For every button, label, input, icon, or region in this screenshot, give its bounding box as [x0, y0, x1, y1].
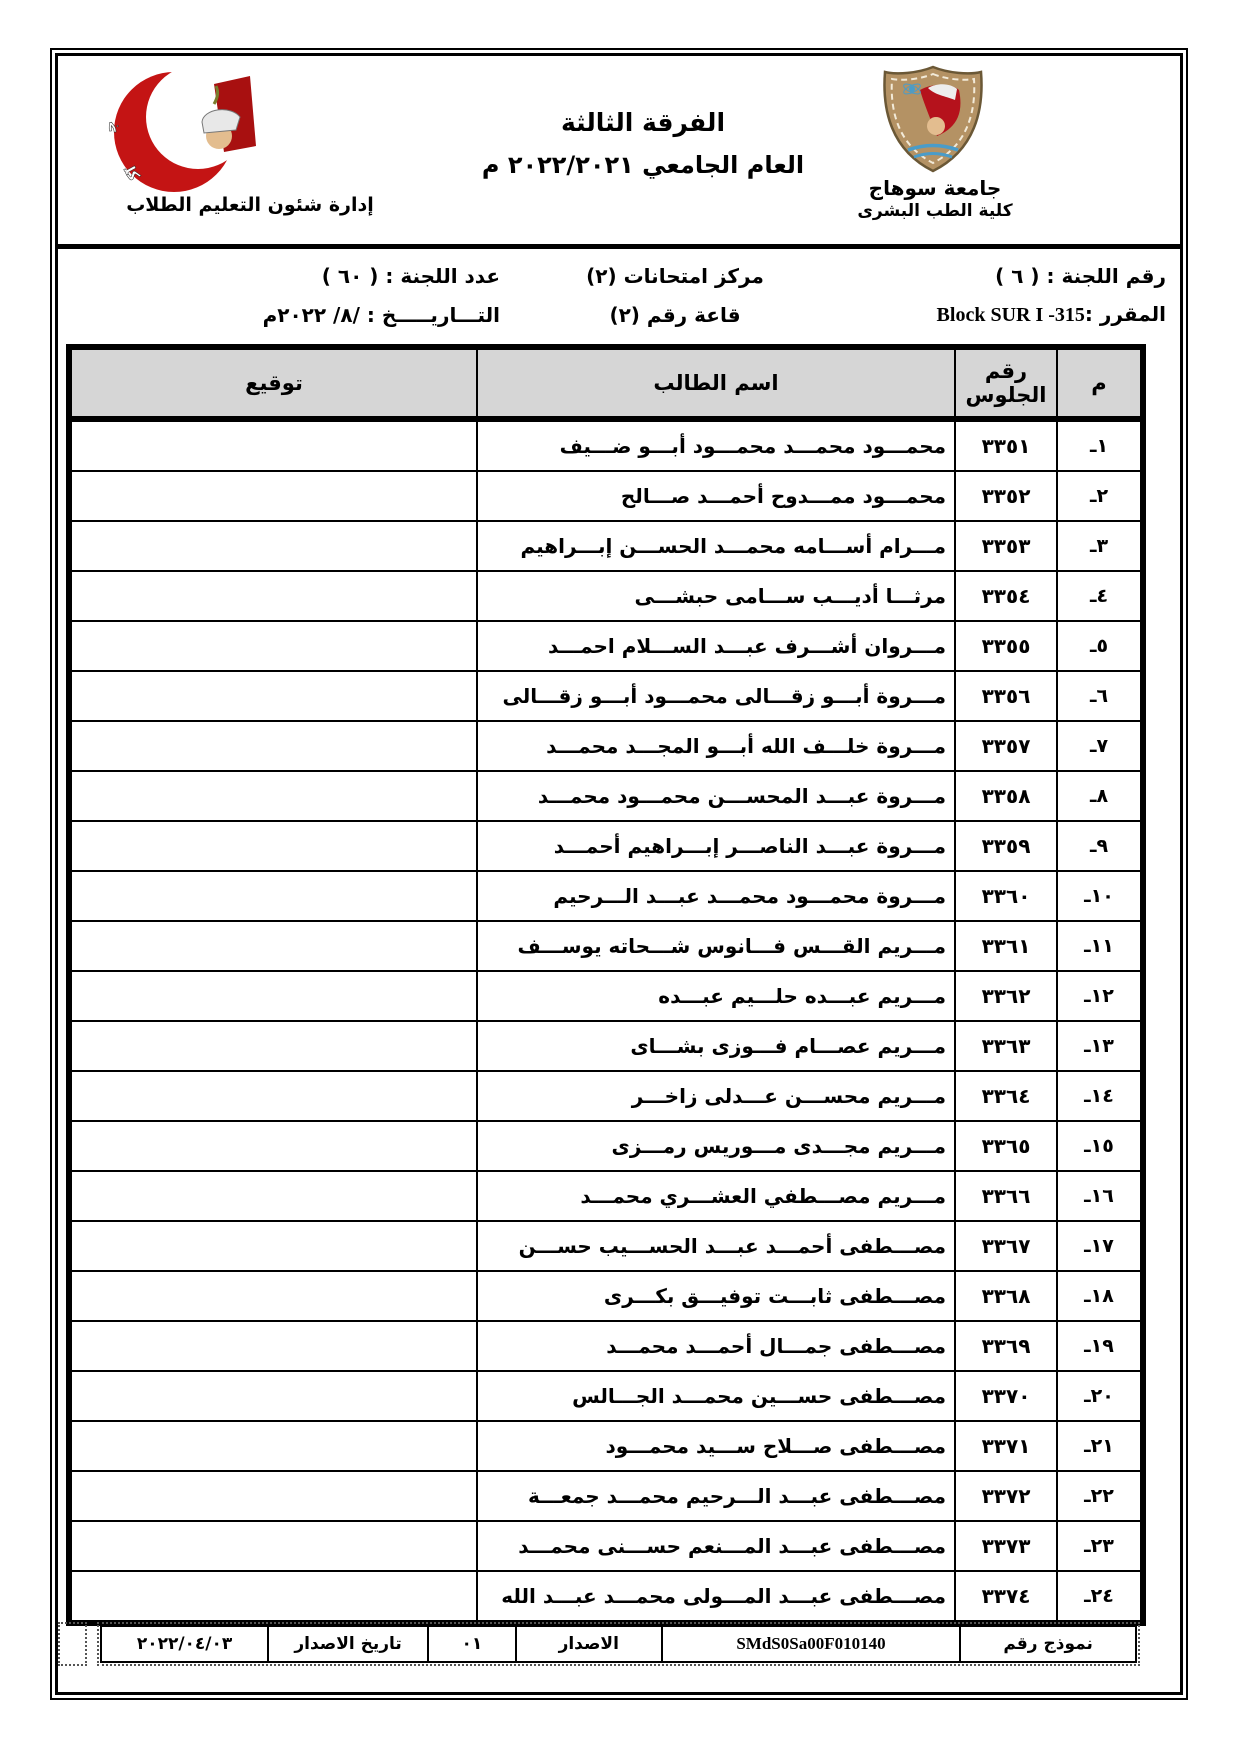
col-header-seat-number: رقم الجلوس [955, 347, 1057, 419]
serial-cell: ٧ـ [1057, 721, 1143, 771]
faculty-name: كلية الطب البشرى [820, 201, 1050, 222]
seat-number-cell: ٣٣٥٨ [955, 771, 1057, 821]
table-row: ٥ـ ٣٣٥٥ مـــروان أشـــرف عبـــد الســـلا… [69, 621, 1143, 671]
seat-number-cell: ٣٣٦٢ [955, 971, 1057, 1021]
page-content: جامعة سوهاج كلية الطب إدارة شئون التعليم… [55, 53, 1183, 1695]
serial-cell: ٢١ـ [1057, 1421, 1143, 1471]
signature-cell [69, 419, 477, 471]
serial-cell: ١٣ـ [1057, 1021, 1143, 1071]
seat-number-cell: ٣٣٦٧ [955, 1221, 1057, 1271]
footer-empty-box [58, 1622, 87, 1666]
signature-cell [69, 1021, 477, 1071]
signature-cell [69, 1471, 477, 1521]
serial-cell: ١٩ـ [1057, 1321, 1143, 1371]
table-row: ٨ـ ٣٣٥٨ مـــروة عبـــد المحســـن محمـــو… [69, 771, 1143, 821]
table-row: ٢٣ـ ٣٣٧٣ مصـــطفى عبـــد المـــنعم حســـ… [69, 1521, 1143, 1571]
page-title: الفرقة الثالثة العام الجامعي ٢٠٢٢/٢٠٢١ م [368, 108, 918, 179]
signature-cell [69, 1321, 477, 1371]
hall-number: قاعة رقم (٢) [500, 303, 850, 327]
signature-cell [69, 571, 477, 621]
seat-number-cell: ٣٣٦٣ [955, 1021, 1057, 1071]
student-name-cell: مـــروة محمـــود محمـــد عبـــد الـــرحي… [477, 871, 955, 921]
seat-number-cell: ٣٣٥١ [955, 419, 1057, 471]
seat-number-cell: ٣٣٦٤ [955, 1071, 1057, 1121]
exam-date-value: /٨/ ٢٠٢٢م [263, 303, 360, 327]
exam-date-label: التـــاريـــــخ : [367, 303, 500, 327]
student-name-cell: مرثـــا أديـــب ســـامى حبشـــى [477, 571, 955, 621]
table-row: ٦ـ ٣٣٥٦ مـــروة أبـــو زقـــالى محمـــود… [69, 671, 1143, 721]
student-name-cell: مصـــطفى عبـــد الـــرحيم محمـــد جمعـــ… [477, 1471, 955, 1521]
student-name-cell: محمـــود محمـــد محمـــود أبـــو ضـــيف [477, 419, 955, 471]
serial-cell: ٤ـ [1057, 571, 1143, 621]
seat-number-cell: ٣٣٥٩ [955, 821, 1057, 871]
exam-info-section: رقم اللجنة : ( ٦ ) مركز امتحانات (٢) عدد… [58, 256, 1180, 334]
page-border: جامعة سوهاج كلية الطب إدارة شئون التعليم… [50, 48, 1188, 1700]
serial-cell: ٦ـ [1057, 671, 1143, 721]
signature-cell [69, 1571, 477, 1623]
seat-number-cell: ٣٣٦٦ [955, 1171, 1057, 1221]
seat-number-cell: ٣٣٥٤ [955, 571, 1057, 621]
exam-center: مركز امتحانات (٢) [500, 264, 850, 288]
table-row: ١٤ـ ٣٣٦٤ مـــريم محســـن عـــدلى زاخـــر [69, 1071, 1143, 1121]
signature-cell [69, 521, 477, 571]
student-name-cell: مـــرام أســـامه محمـــد الحســـن إبـــر… [477, 521, 955, 571]
signature-cell [69, 1071, 477, 1121]
signature-cell [69, 1221, 477, 1271]
student-name-cell: مصـــطفى صـــلاح ســـيد محمـــود [477, 1421, 955, 1471]
seat-number-cell: ٣٣٧٤ [955, 1571, 1057, 1623]
students-table: م رقم الجلوس اسم الطالب توقيع ١ـ ٣٣٥١ مح… [66, 344, 1146, 1626]
signature-cell [69, 471, 477, 521]
committee-number-label: رقم اللجنة : [1047, 264, 1166, 288]
seat-number-cell: ٣٣٥٥ [955, 621, 1057, 671]
student-name-cell: مـــروة خلـــف الله أبـــو المجـــد محمـ… [477, 721, 955, 771]
table-row: ٤ـ ٣٣٥٤ مرثـــا أديـــب ســـامى حبشـــى [69, 571, 1143, 621]
header-divider [58, 244, 1180, 249]
course-label: المقرر : [1085, 302, 1166, 326]
serial-cell: ١٧ـ [1057, 1221, 1143, 1271]
committee-number-value: ( ٦ ) [995, 264, 1039, 288]
students-table-header: م رقم الجلوس اسم الطالب توقيع [69, 347, 1143, 419]
student-name-cell: مصـــطفى أحمـــد عبـــد الحســـيب حســـن [477, 1221, 955, 1271]
student-name-cell: مـــريم محســـن عـــدلى زاخـــر [477, 1071, 955, 1121]
serial-cell: ١ـ [1057, 419, 1143, 471]
info-row-1: رقم اللجنة : ( ٦ ) مركز امتحانات (٢) عدد… [58, 256, 1180, 295]
grade-title: الفرقة الثالثة [368, 108, 918, 137]
student-name-cell: مـــروة أبـــو زقـــالى محمـــود أبـــو … [477, 671, 955, 721]
version-label: الاصدار [516, 1626, 662, 1662]
serial-cell: ٩ـ [1057, 821, 1143, 871]
version-value: ٠١ [428, 1626, 516, 1662]
student-name-cell: مـــروة عبـــد الناصـــر إبـــراهيم أحمـ… [477, 821, 955, 871]
seat-number-cell: ٣٣٦٥ [955, 1121, 1057, 1171]
table-row: ١٦ـ ٣٣٦٦ مـــريم مصـــطفي العشـــري محمـ… [69, 1171, 1143, 1221]
col-header-signature: توقيع [69, 347, 477, 419]
student-name-cell: مـــريم عصـــام فـــوزى بشـــاى [477, 1021, 955, 1071]
seat-number-cell: ٣٣٦٩ [955, 1321, 1057, 1371]
signature-cell [69, 721, 477, 771]
seat-number-cell: ٣٣٦٠ [955, 871, 1057, 921]
exam-date: التـــاريـــــخ : /٨/ ٢٠٢٢م [58, 303, 500, 327]
table-row: ٢٠ـ ٣٣٧٠ مصـــطفى حســـين محمـــد الجـــ… [69, 1371, 1143, 1421]
committee-count-value: ( ٦٠ ) [322, 264, 379, 288]
table-row: ١١ـ ٣٣٦١ مـــريم القـــس فـــانوس شـــحا… [69, 921, 1143, 971]
seat-number-cell: ٣٣٦٨ [955, 1271, 1057, 1321]
form-footer-table-wrap: نموذج رقم SMdS0Sa00F010140 الاصدار ٠١ تا… [97, 1622, 1140, 1666]
signature-cell [69, 771, 477, 821]
student-name-cell: مصـــطفى عبـــد المـــولى محمـــد عبـــد… [477, 1571, 955, 1623]
course-code: Block SUR I -315 [937, 304, 1085, 326]
signature-cell [69, 1271, 477, 1321]
serial-cell: ١٢ـ [1057, 971, 1143, 1021]
signature-cell [69, 871, 477, 921]
serial-cell: ٢٣ـ [1057, 1521, 1143, 1571]
signature-cell [69, 1521, 477, 1571]
serial-cell: ١٦ـ [1057, 1171, 1143, 1221]
serial-cell: ٣ـ [1057, 521, 1143, 571]
university-name-block: جامعة سوهاج كلية الطب البشرى [820, 176, 1050, 222]
serial-cell: ٢٤ـ [1057, 1571, 1143, 1623]
seat-number-cell: ٣٣٧٠ [955, 1371, 1057, 1421]
exam-attendance-sheet: { "header": { "university": "جامعة سوهاج… [0, 0, 1241, 1754]
table-row: ١٠ـ ٣٣٦٠ مـــروة محمـــود محمـــد عبـــد… [69, 871, 1143, 921]
table-row: ١٣ـ ٣٣٦٣ مـــريم عصـــام فـــوزى بشـــاى [69, 1021, 1143, 1071]
student-name-cell: محمـــود ممـــدوح أحمـــد صـــالح [477, 471, 955, 521]
issue-date-label: تاريخ الاصدار [268, 1626, 428, 1662]
signature-cell [69, 921, 477, 971]
seat-number-cell: ٣٣٧١ [955, 1421, 1057, 1471]
seat-number-cell: ٣٣٥٢ [955, 471, 1057, 521]
seat-number-cell: ٣٣٥٦ [955, 671, 1057, 721]
seat-number-cell: ٣٣٥٧ [955, 721, 1057, 771]
table-row: ٧ـ ٣٣٥٧ مـــروة خلـــف الله أبـــو المجـ… [69, 721, 1143, 771]
serial-cell: ٨ـ [1057, 771, 1143, 821]
svg-text:جامعة سوهاج: جامعة سوهاج [96, 70, 120, 135]
student-name-cell: مـــريم القـــس فـــانوس شـــحاته يوســـ… [477, 921, 955, 971]
table-row: ١٩ـ ٣٣٦٩ مصـــطفى جمـــال أحمـــد محمـــ… [69, 1321, 1143, 1371]
student-name-cell: مـــريم مصـــطفي العشـــري محمـــد [477, 1171, 955, 1221]
student-name-cell: مـــريم عبـــده حلـــيم عبـــده [477, 971, 955, 1021]
students-table-body: ١ـ ٣٣٥١ محمـــود محمـــد محمـــود أبـــو… [69, 419, 1143, 1623]
university-shield-logo [876, 62, 990, 176]
signature-cell [69, 1371, 477, 1421]
serial-cell: ٢٠ـ [1057, 1371, 1143, 1421]
form-number-label: نموذج رقم [960, 1626, 1136, 1662]
seat-number-cell: ٣٣٧٢ [955, 1471, 1057, 1521]
form-footer: نموذج رقم SMdS0Sa00F010140 الاصدار ٠١ تا… [58, 1622, 1140, 1666]
student-name-cell: مـــروان أشـــرف عبـــد الســـلام احمـــ… [477, 621, 955, 671]
student-name-cell: مصـــطفى جمـــال أحمـــد محمـــد [477, 1321, 955, 1371]
serial-cell: ١٠ـ [1057, 871, 1143, 921]
signature-cell [69, 621, 477, 671]
serial-cell: ١١ـ [1057, 921, 1143, 971]
student-name-cell: مصـــطفى حســـين محمـــد الجـــالس [477, 1371, 955, 1421]
signature-cell [69, 1121, 477, 1171]
seat-number-cell: ٣٣٧٣ [955, 1521, 1057, 1571]
col-header-student-name: اسم الطالب [477, 347, 955, 419]
seat-number-cell: ٣٣٦١ [955, 921, 1057, 971]
crescent-top-text: جامعة سوهاج [96, 70, 120, 135]
signature-cell [69, 971, 477, 1021]
serial-cell: ٥ـ [1057, 621, 1143, 671]
serial-cell: ٢ـ [1057, 471, 1143, 521]
table-row: ١٢ـ ٣٣٦٢ مـــريم عبـــده حلـــيم عبـــده [69, 971, 1143, 1021]
table-row: ٢١ـ ٣٣٧١ مصـــطفى صـــلاح ســـيد محمـــو… [69, 1421, 1143, 1471]
serial-cell: ٢٢ـ [1057, 1471, 1143, 1521]
signature-cell [69, 1171, 477, 1221]
seat-number-cell: ٣٣٥٣ [955, 521, 1057, 571]
signature-cell [69, 821, 477, 871]
serial-cell: ١٨ـ [1057, 1271, 1143, 1321]
form-footer-table: نموذج رقم SMdS0Sa00F010140 الاصدار ٠١ تا… [100, 1625, 1137, 1663]
table-row: ٩ـ ٣٣٥٩ مـــروة عبـــد الناصـــر إبـــرا… [69, 821, 1143, 871]
col-header-serial: م [1057, 347, 1143, 419]
university-name: جامعة سوهاج [820, 176, 1050, 201]
serial-cell: ١٤ـ [1057, 1071, 1143, 1121]
table-row: ١٧ـ ٣٣٦٧ مصـــطفى أحمـــد عبـــد الحســـ… [69, 1221, 1143, 1271]
table-row: ٢٢ـ ٣٣٧٢ مصـــطفى عبـــد الـــرحيم محمــ… [69, 1471, 1143, 1521]
academic-year: العام الجامعي ٢٠٢٢/٢٠٢١ م [368, 151, 918, 179]
department-label: إدارة شئون التعليم الطلاب [100, 194, 400, 216]
info-row-2: المقرر :Block SUR I -315 قاعة رقم (٢) ال… [58, 295, 1180, 334]
faculty-crescent-logo: جامعة سوهاج كلية الطب [96, 70, 286, 195]
table-row: ١٨ـ ٣٣٦٨ مصـــطفى ثابـــت توفيـــق بكـــ… [69, 1271, 1143, 1321]
form-number-value: SMdS0Sa00F010140 [662, 1626, 961, 1662]
table-row: ٣ـ ٣٣٥٣ مـــرام أســـامه محمـــد الحســـ… [69, 521, 1143, 571]
table-row: ١٥ـ ٣٣٦٥ مـــريم مجـــدى مـــوريس رمـــز… [69, 1121, 1143, 1171]
table-row: ١ـ ٣٣٥١ محمـــود محمـــد محمـــود أبـــو… [69, 419, 1143, 471]
signature-cell [69, 1421, 477, 1471]
student-name-cell: مـــروة عبـــد المحســـن محمـــود محمـــ… [477, 771, 955, 821]
student-name-cell: مصـــطفى عبـــد المـــنعم حســـنى محمـــ… [477, 1521, 955, 1571]
course: المقرر :Block SUR I -315 [850, 302, 1180, 327]
committee-number: رقم اللجنة : ( ٦ ) [850, 264, 1180, 288]
table-row: ٢ـ ٣٣٥٢ محمـــود ممـــدوح أحمـــد صـــال… [69, 471, 1143, 521]
committee-count-label: عدد اللجنة : [385, 264, 500, 288]
student-name-cell: مصـــطفى ثابـــت توفيـــق بكـــرى [477, 1271, 955, 1321]
issue-date-value: ٢٠٢٢/٠٤/٠٣ [101, 1626, 268, 1662]
student-name-cell: مـــريم مجـــدى مـــوريس رمـــزى [477, 1121, 955, 1171]
table-row: ٢٤ـ ٣٣٧٤ مصـــطفى عبـــد المـــولى محمــ… [69, 1571, 1143, 1623]
committee-count: عدد اللجنة : ( ٦٠ ) [58, 264, 500, 288]
signature-cell [69, 671, 477, 721]
serial-cell: ١٥ـ [1057, 1121, 1143, 1171]
